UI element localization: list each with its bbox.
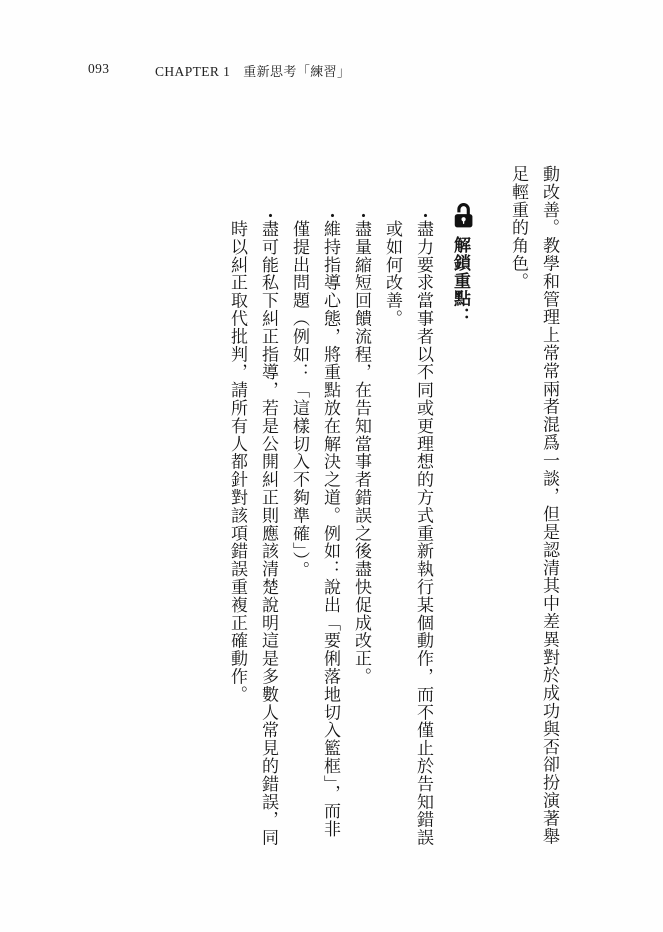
bullet-item-1-text: 盡力要求當事者以不同或更理想的方式重新執行某個動作，而不僅止於告知錯誤	[414, 220, 433, 847]
bullet-marker: ・	[253, 207, 284, 220]
bullet-item-3-line-2: 僅提出問題（例如：「這樣切入不夠準確」）。	[284, 165, 315, 865]
chapter-label: CHAPTER 1	[155, 64, 230, 79]
unlock-heading: 解鎖重點：	[445, 165, 476, 865]
vertical-body-text: 動改善。教學和管理上常常兩者混爲一談，但是認清其中差異對於成功與否卻扮演著舉 足…	[222, 165, 565, 865]
bullet-item-3-line-1: ・維持指導心態，將重點放在解決之道。例如：說出「要俐落地切入籃框」，而非	[315, 165, 346, 865]
closing-paragraph-line-2: 足輕重的角色。	[503, 165, 534, 865]
bullet-item-4-line-1: ・盡可能私下糾正指導，若是公開糾正則應該清楚說明這是多數人常見的錯誤，同	[253, 165, 284, 865]
bullet-item-3-text: 維持指導心態，將重點放在解決之道。例如：說出「要俐落地切入籃框」，而非	[321, 220, 340, 838]
bullet-item-4-text: 盡可能私下糾正指導，若是公開糾正則應該清楚說明這是多數人常見的錯誤，同	[259, 220, 278, 847]
bullet-item-4-line-2: 時以糾正取代批判，請所有人都針對該項錯誤重複正確動作。	[222, 165, 253, 865]
bullet-marker: ・	[346, 207, 377, 220]
bullet-item-2-text: 盡量縮短回饋流程，在告知當事者錯誤之後盡快促成改正。	[352, 220, 371, 685]
unlock-padlock-icon	[452, 201, 475, 229]
chapter-title: 重新思考「練習」	[243, 64, 350, 79]
unlock-heading-label: 解鎖重點：	[451, 236, 470, 326]
page-number: 093	[88, 61, 109, 77]
chapter-heading: CHAPTER 1重新思考「練習」	[155, 61, 350, 80]
bullet-item-1-line-1: ・盡力要求當事者以不同或更理想的方式重新執行某個動作，而不僅止於告知錯誤	[408, 165, 439, 865]
book-page: 093 CHAPTER 1重新思考「練習」 動改善。教學和管理上常常兩者混爲一談…	[0, 0, 663, 932]
closing-paragraph-line-1: 動改善。教學和管理上常常兩者混爲一談，但是認清其中差異對於成功與否卻扮演著舉	[534, 165, 565, 865]
bullet-item-1-line-2: 或如何改善。	[377, 165, 408, 865]
running-head: 093 CHAPTER 1重新思考「練習」	[0, 61, 663, 79]
bullet-marker: ・	[408, 207, 439, 220]
bullet-marker: ・	[315, 207, 346, 220]
bullet-item-2-line-1: ・盡量縮短回饋流程，在告知當事者錯誤之後盡快促成改正。	[346, 165, 377, 865]
